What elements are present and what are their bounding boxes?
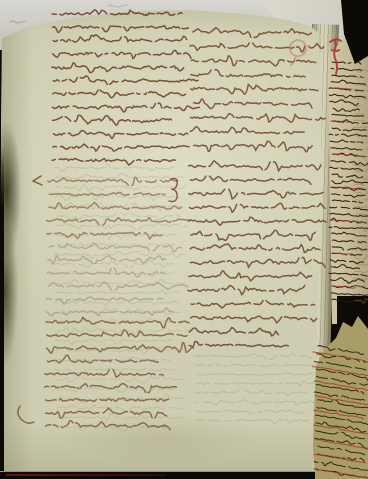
tail-flourish <box>18 406 34 423</box>
right-col-block2 <box>188 161 326 323</box>
handwriting-ink-layer <box>0 0 368 479</box>
left-col-block1 <box>52 10 200 165</box>
pencil-mark-2 <box>108 5 127 7</box>
right-col-ghost <box>194 353 318 423</box>
left-col-block2c <box>45 317 194 429</box>
manuscript-photo <box>0 0 368 479</box>
side-leaf-text <box>329 62 368 303</box>
torn-corner-red-underlines <box>312 352 368 479</box>
right-col-ending <box>189 328 288 347</box>
pencil-mark-1 <box>10 21 25 23</box>
paragraph-chevron <box>33 176 42 185</box>
